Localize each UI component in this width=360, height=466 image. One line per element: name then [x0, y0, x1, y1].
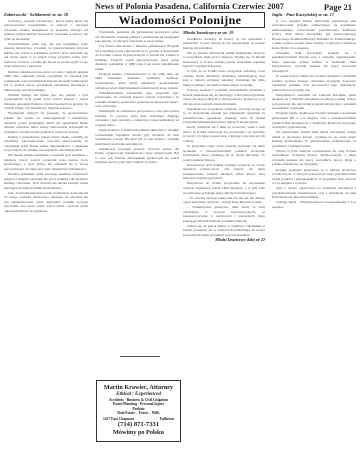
- paragraph: Wydarzenia tamtych lat pokazały, że społ…: [4, 111, 88, 134]
- paragraph: Nie można jednak zapominać o kosztach ty…: [4, 153, 88, 171]
- paragraph: W programie wizyt coraz częściej pojawia…: [183, 144, 265, 162]
- paragraph: Podczas spotkań z polskimi rówieśnikami …: [183, 88, 265, 106]
- section-title: Wiadomości Polonijne: [119, 13, 242, 28]
- paragraph: Fundamentalnym założeniem tego programu …: [95, 91, 179, 109]
- continuation-link[interactable]: Młodzi Izraelczycy dalej str 22: [183, 238, 265, 243]
- paragraph: Wszystkim, podobnie jak jubileuszom przy…: [95, 30, 179, 44]
- article-column-3: Młodzi Izraelczycy ze str. 19 zasadniczo…: [183, 30, 265, 462]
- paragraph: Nie są obecnie zmartwieni takimi działan…: [183, 51, 265, 69]
- paragraph: Wielu Polaków w Kalifornii pamięta tamte…: [95, 128, 179, 146]
- column-heading: Zabierowski - Solidarność ze str. 20: [4, 12, 88, 18]
- ad-name: Martin Krawiec, Attorney: [97, 384, 180, 392]
- paragraph: Właśnie dlatego tak ważne jest, aby pami…: [4, 93, 88, 111]
- paragraph: Program kultury solidarnościowej to nie …: [95, 72, 179, 90]
- paragraph: W czasie wizyty odbyło się również spotk…: [272, 74, 356, 92]
- paragraph: O tym, że do Polski warto przyjechać świ…: [183, 69, 265, 87]
- paragraph: zasadniczo uważają, że Polacy są ich sąs…: [183, 37, 265, 51]
- column-divider-rule: [120, 356, 160, 357]
- paragraph: w Los Angeles Marek Zebrowski przedstawi…: [272, 19, 356, 51]
- paragraph: Organizatorzy programów wymiany zwracają…: [183, 107, 265, 125]
- ad-city: Fullerton: [160, 417, 174, 421]
- paragraph: Uświadomienie sobie tego nie jest bynajm…: [4, 42, 88, 69]
- paragraph: Jadwiga Inglis – międzynarodowa korespon…: [272, 200, 356, 209]
- column-heading: Młodzi Izraelczycy ze str. 19: [183, 30, 265, 36]
- paragraph: Następnie Pani Kaczyńska spotkała się z …: [272, 51, 356, 74]
- paragraph: Jako doświadczenie historyczne Solidarno…: [4, 191, 88, 214]
- article-column-4: Inglis - Pani Kaczyńskiej ze str. 17 w L…: [272, 12, 356, 442]
- paragraph: Pamiętajmy, że solidarność jest postawą,…: [95, 109, 179, 127]
- paragraph: Organizacje polonijne zbierały wówczas p…: [95, 147, 179, 165]
- paragraph: Wizyta ta była ważnym wydarzeniem dla ca…: [272, 149, 356, 167]
- ad-phone: (714) 871-7331: [97, 421, 180, 429]
- paragraph: Moralne przesłanie ruchu pozostaje aktua…: [4, 172, 88, 190]
- attorney-advertisement: Martin Krawiec, Attorney Ethical / Exper…: [96, 380, 181, 442]
- ad-language-note: Mówimy po Polsku: [97, 429, 180, 437]
- paragraph: – Traumatyczne przeżycia, jakie niosą za…: [183, 205, 265, 223]
- paragraph: Zdarza się, że goście miejsc w Treblince…: [183, 224, 265, 238]
- article-column-1: Zabierowski - Solidarność ze str. 20 Leo…: [4, 12, 88, 452]
- paragraph: Kultura solidarnościowa, która wyrosła z…: [4, 70, 88, 93]
- section-title-box: Wiadomości Polonijne: [95, 12, 265, 28]
- paragraph: Program wizyty obejmował również spotkan…: [272, 111, 356, 129]
- paragraph: Na zakończenie pobytu Pani Maria Kaczyńs…: [272, 130, 356, 148]
- paragraph: – W obecnej sytuacji polityczne nie ma j…: [183, 196, 265, 205]
- article-column-2: Wszystkim, podobnie jak jubileuszom przy…: [95, 30, 179, 352]
- paragraph: Opis z wizyty opracowano na podstawie in…: [272, 186, 356, 200]
- paragraph: Kolejne spotkania planowane są w ramach …: [272, 168, 356, 186]
- paragraph: Czy można dziś mówić o kulturze solidarn…: [95, 44, 179, 71]
- paragraph: Kontynuacja tych działań wymaga wsparcia…: [183, 163, 265, 181]
- column-heading: Inglis - Pani Kaczyńskiej ze str. 17: [272, 12, 356, 18]
- paragraph: Dotychczas do Polski przyjechało na zapr…: [183, 181, 265, 195]
- paragraph: Leonarzyj „kreatik robotniczej”, której …: [4, 19, 88, 42]
- paragraph: Kiedy rozmawia się z nimi po powrocie, w…: [183, 125, 265, 143]
- paragraph: Prezydentowa zwiedziła też Centrum Polon…: [272, 93, 356, 111]
- paragraph: Dzisiaj, z perspektywy ponad ćwierć wiek…: [4, 135, 88, 153]
- page-number: Page 21: [324, 2, 352, 12]
- masthead: News of Polonia Pasadena, California Cze…: [95, 2, 265, 11]
